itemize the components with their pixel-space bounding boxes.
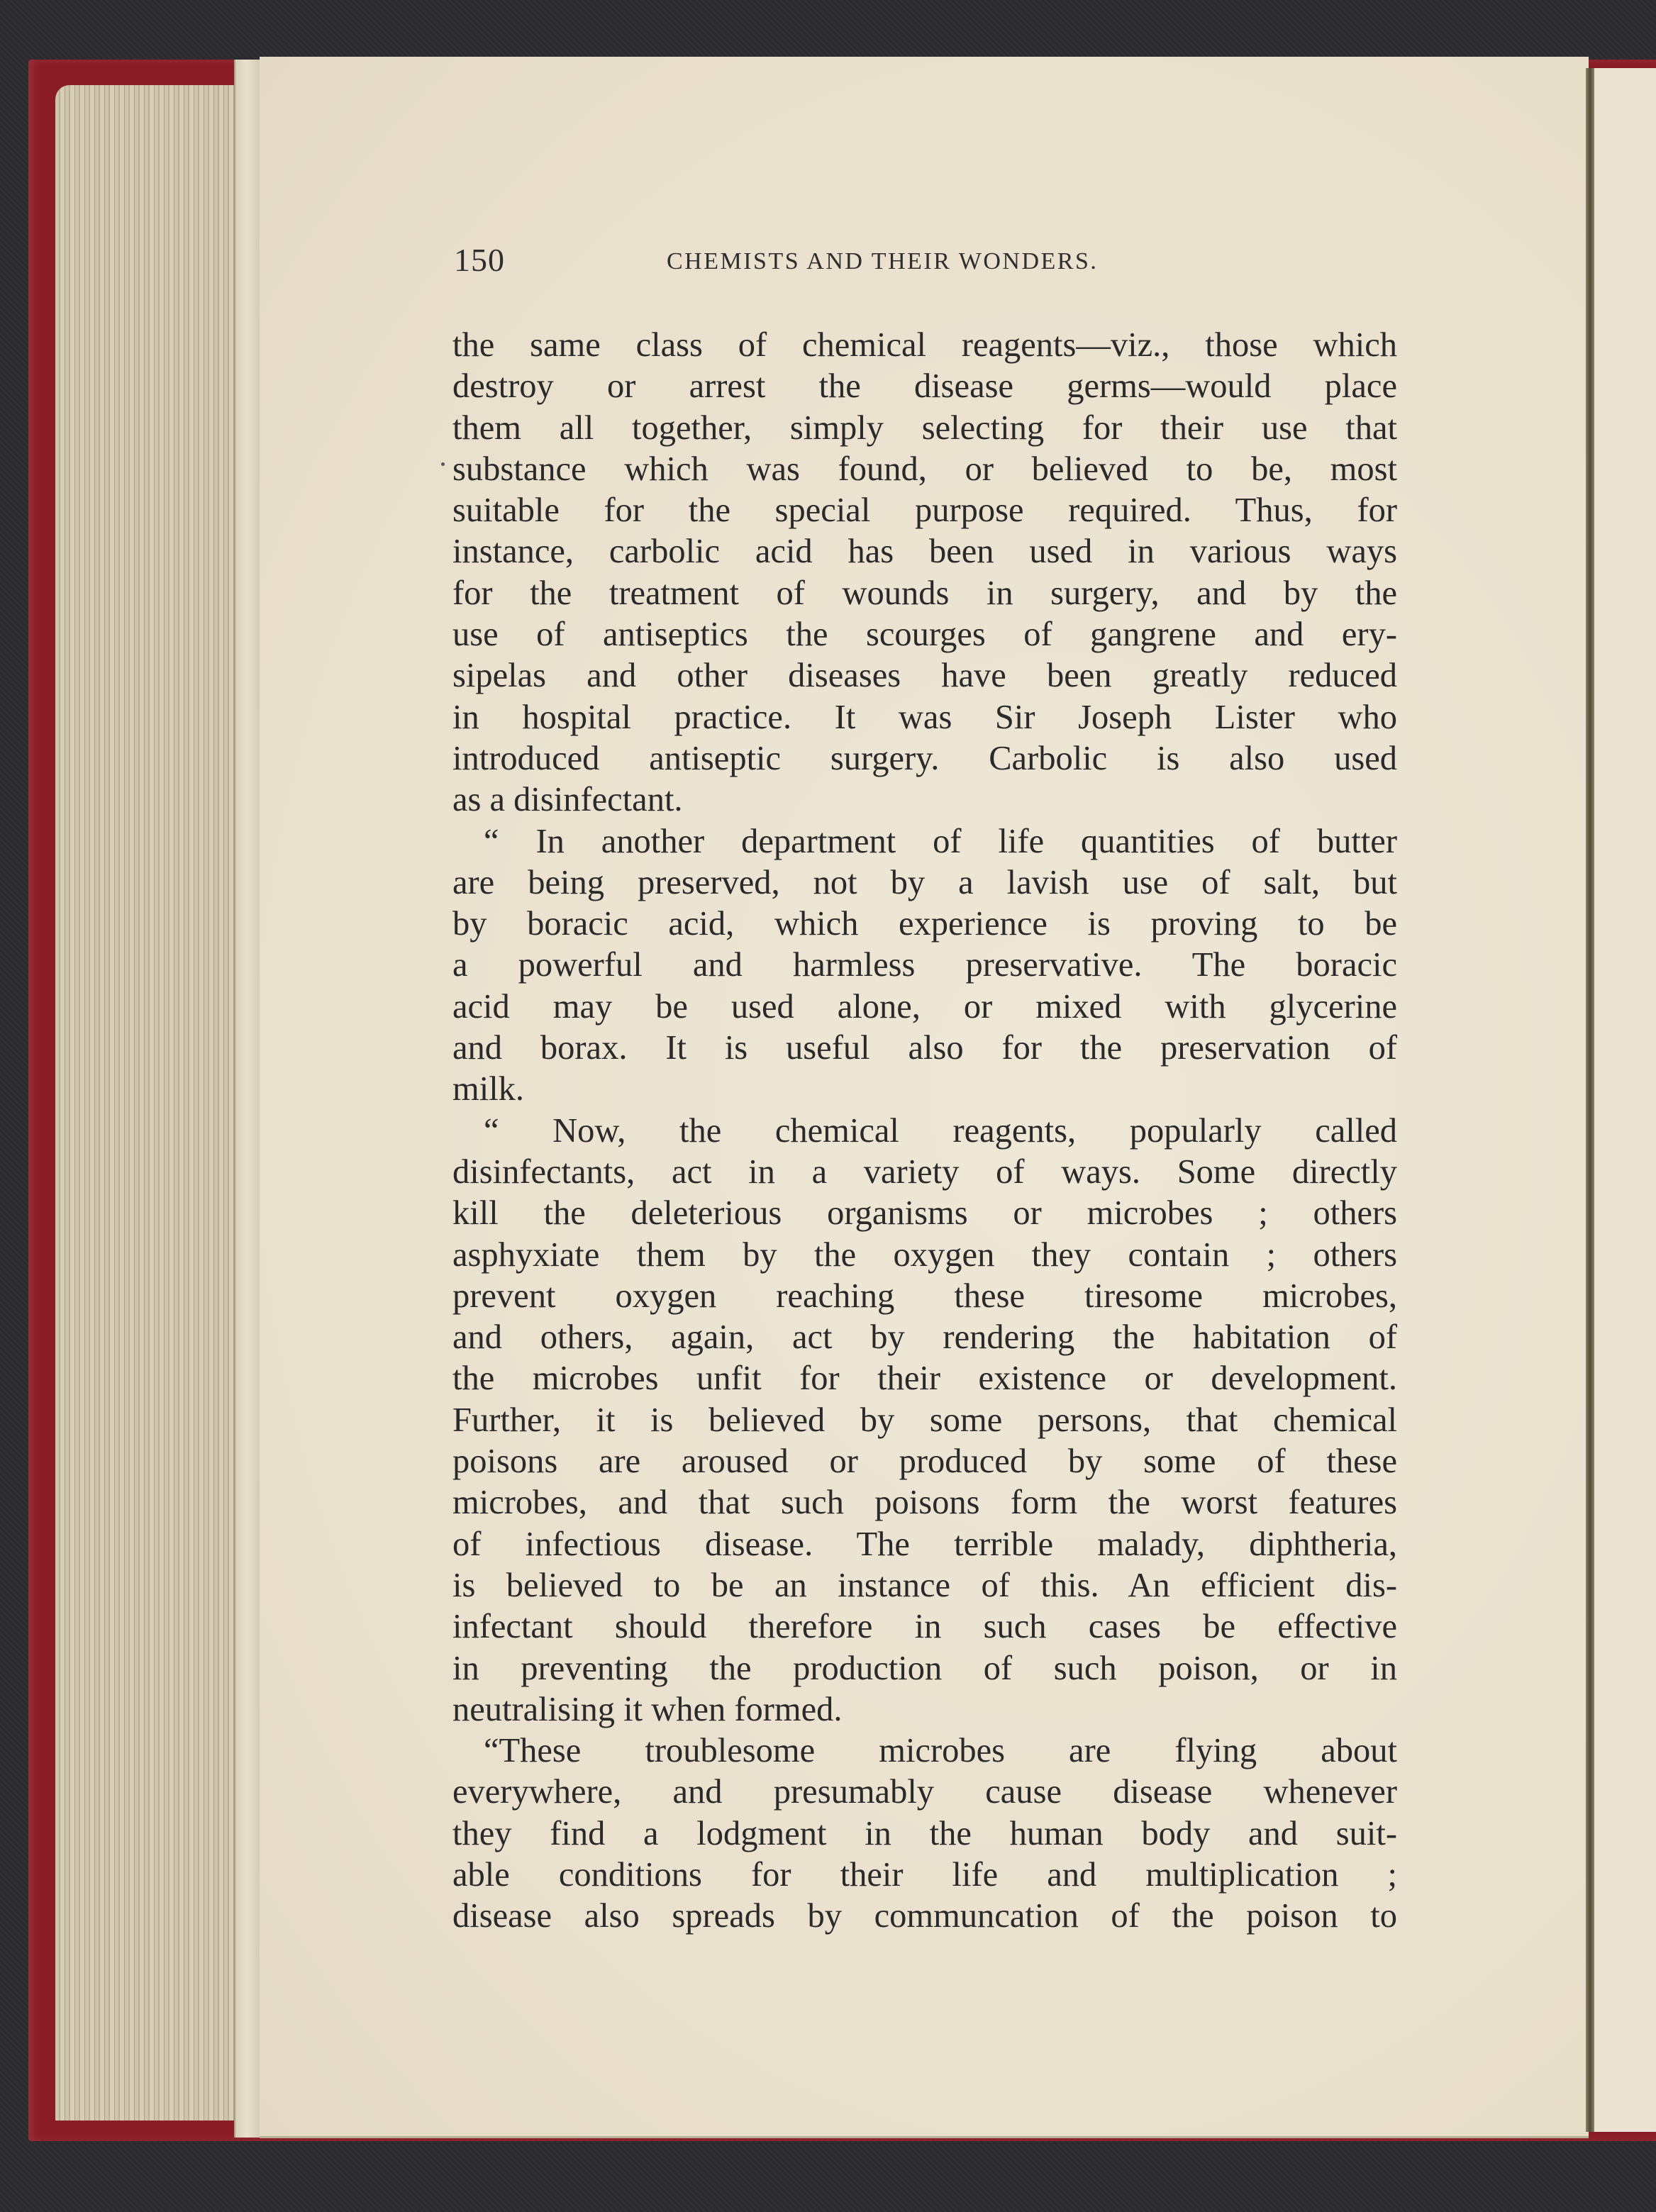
text-line: they find a lodgment in the human body a… bbox=[452, 1813, 1397, 1855]
text-line: microbes, and that such poisons form the… bbox=[452, 1482, 1397, 1523]
text-line: disinfectants, act in a variety of ways.… bbox=[452, 1152, 1397, 1193]
text-line: of infectious disease. The terrible mala… bbox=[452, 1524, 1397, 1565]
text-line: poisons are aroused or produced by some … bbox=[452, 1441, 1397, 1482]
text-line: instance, carbolic acid has been used in… bbox=[452, 531, 1397, 572]
text-line: substance which was found, or believed t… bbox=[452, 449, 1397, 490]
text-line: prevent oxygen reaching these tiresome m… bbox=[452, 1276, 1397, 1317]
text-line: disease also spreads by communcation of … bbox=[452, 1896, 1397, 1937]
text-line: and others, again, act by rendering the … bbox=[452, 1317, 1397, 1358]
text-line: for the treatment of wounds in surgery, … bbox=[452, 573, 1397, 614]
text-line: as a disinfectant. bbox=[452, 779, 1397, 821]
page-block-edge bbox=[55, 85, 247, 2121]
text-line: in preventing the production of such poi… bbox=[452, 1648, 1397, 1689]
gutter-shadow bbox=[1586, 68, 1594, 2132]
text-line: sipelas and other diseases have been gre… bbox=[452, 655, 1397, 696]
text-line: everywhere, and presumably cause disease… bbox=[452, 1772, 1397, 1813]
text-line: neutralising it when formed. bbox=[452, 1689, 1397, 1730]
body-text: the same class of chemical reagents—viz.… bbox=[452, 325, 1397, 1938]
text-line: them all together, simply selecting for … bbox=[452, 408, 1397, 449]
text-line: introduced antiseptic surgery. Carbolic … bbox=[452, 738, 1397, 779]
page-number: 150 bbox=[454, 241, 505, 279]
text-line: the same class of chemical reagents—viz.… bbox=[452, 325, 1397, 366]
facing-page-edge bbox=[1594, 68, 1656, 2132]
text-line: infectant should therefore in such cases… bbox=[452, 1606, 1397, 1647]
text-line: destroy or arrest the disease germs—woul… bbox=[452, 366, 1397, 407]
text-line: are being preserved, not by a lavish use… bbox=[452, 862, 1397, 904]
text-line: able conditions for their life and multi… bbox=[452, 1855, 1397, 1896]
text-line: “These troublesome microbes are flying a… bbox=[452, 1730, 1397, 1772]
text-line: a powerful and harmless preservative. Th… bbox=[452, 945, 1397, 986]
text-line: “ In another department of life quantiti… bbox=[452, 821, 1397, 862]
text-line: Further, it is believed by some persons,… bbox=[452, 1400, 1397, 1441]
text-line: suitable for the special purpose require… bbox=[452, 490, 1397, 531]
text-line: is believed to be an instance of this. A… bbox=[452, 1565, 1397, 1606]
text-line: milk. bbox=[452, 1069, 1397, 1110]
printing-speck bbox=[441, 462, 445, 466]
text-line: the microbes unfit for their existence o… bbox=[452, 1358, 1397, 1399]
text-line: acid may be used alone, or mixed with gl… bbox=[452, 986, 1397, 1028]
running-title: CHEMISTS AND THEIR WONDERS. bbox=[667, 248, 1098, 275]
text-line: asphyxiate them by the oxygen they conta… bbox=[452, 1235, 1397, 1276]
text-line: in hospital practice. It was Sir Joseph … bbox=[452, 697, 1397, 738]
text-line: “ Now, the chemical reagents, popularly … bbox=[452, 1111, 1397, 1152]
text-line: use of antiseptics the scourges of gangr… bbox=[452, 614, 1397, 655]
text-line: and borax. It is useful also for the pre… bbox=[452, 1028, 1397, 1069]
running-head: 150 CHEMISTS AND THEIR WONDERS. bbox=[454, 241, 1397, 284]
text-line: kill the deleterious organisms or microb… bbox=[452, 1193, 1397, 1234]
text-line: by boracic acid, which experience is pro… bbox=[452, 904, 1397, 945]
